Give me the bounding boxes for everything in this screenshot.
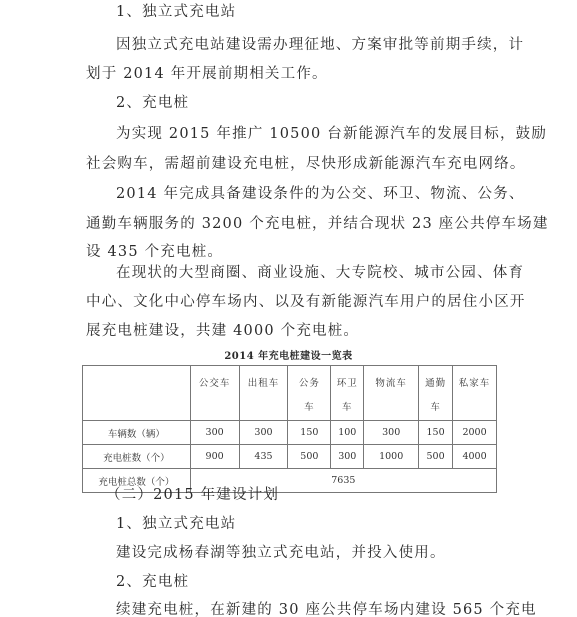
- header-cell-bus: 公交车: [190, 366, 239, 421]
- header-cell-official: 公务车: [288, 366, 331, 421]
- table-header-row: 公交车 出租车 公务车 环卫车 物流车 通勤车 私家车: [83, 366, 497, 421]
- cell-value: 435: [239, 445, 288, 469]
- heading-charging-pile: 2、充电桩: [116, 572, 189, 592]
- header-cell-empty: [83, 366, 191, 421]
- cell-value: 900: [190, 445, 239, 469]
- table-row-piles: 充电桩数（个） 900 435 500 300 1000 500 4000: [83, 445, 497, 469]
- charging-pile-table: 公交车 出租车 公务车 环卫车 物流车 通勤车 私家车 车辆数（辆） 300 3…: [82, 365, 497, 493]
- header-cell-taxi: 出租车: [239, 366, 288, 421]
- cell-value: 500: [419, 445, 453, 469]
- table-row-vehicles: 车辆数（辆） 300 300 150 100 300 150 2000: [83, 421, 497, 445]
- paragraph-text: 在现状的大型商圈、商业设施、大专院校、城市公园、体育: [116, 263, 524, 283]
- row-label: 车辆数（辆）: [83, 421, 191, 445]
- paragraph-text: 2014 年完成具备建设条件的为公交、环卫、物流、公务、: [116, 184, 525, 204]
- paragraph-text: 展充电桩建设，共建 4000 个充电桩。: [86, 321, 359, 341]
- cell-value: 300: [239, 421, 288, 445]
- paragraph-text: 设 435 个充电桩。: [86, 242, 223, 262]
- paragraph-text: 为实现 2015 年推广 10500 台新能源汽车的发展目标，鼓励: [116, 124, 547, 144]
- paragraph-text: 中心、文化中心停车场内、以及有新能源汽车用户的居住小区开: [86, 292, 526, 312]
- paragraph-text: 因独立式充电站建设需办理征地、方案审批等前期手续，计: [116, 35, 524, 55]
- table-caption: 2014 年充电桩建设一览表: [0, 350, 577, 364]
- paragraph-text: 建设完成杨春湖等独立式充电站，并投入使用。: [116, 543, 446, 563]
- header-cell-sanitation: 环卫车: [331, 366, 364, 421]
- cell-value: 4000: [453, 445, 497, 469]
- heading-charging-pile: 2、充电桩: [116, 93, 189, 113]
- cell-value: 500: [288, 445, 331, 469]
- header-cell-logistics: 物流车: [364, 366, 419, 421]
- section-heading-2015-plan: （二）2015 年建设计划: [106, 485, 279, 505]
- heading-standalone-station: 1、独立式充电站: [116, 514, 236, 534]
- cell-value: 150: [419, 421, 453, 445]
- paragraph-text: 续建充电桩，在新建的 30 座公共停车场内建设 565 个充电: [116, 600, 537, 617]
- cell-value: 100: [331, 421, 364, 445]
- paragraph-text: 划于 2014 年开展前期相关工作。: [86, 64, 328, 84]
- cell-value: 1000: [364, 445, 419, 469]
- cell-value: 300: [190, 421, 239, 445]
- cell-value: 300: [364, 421, 419, 445]
- cell-value: 150: [288, 421, 331, 445]
- cell-value: 2000: [453, 421, 497, 445]
- heading-standalone-station: 1、独立式充电站: [116, 2, 236, 22]
- cell-value: 300: [331, 445, 364, 469]
- header-cell-commuter: 通勤车: [419, 366, 453, 421]
- header-cell-private: 私家车: [453, 366, 497, 421]
- row-label: 充电桩数（个）: [83, 445, 191, 469]
- paragraph-text: 社会购车，需超前建设充电桩，尽快形成新能源汽车充电网络。: [86, 154, 526, 174]
- paragraph-text: 通勤车辆服务的 3200 个充电桩，并结合现状 23 座公共停车场建: [86, 214, 549, 234]
